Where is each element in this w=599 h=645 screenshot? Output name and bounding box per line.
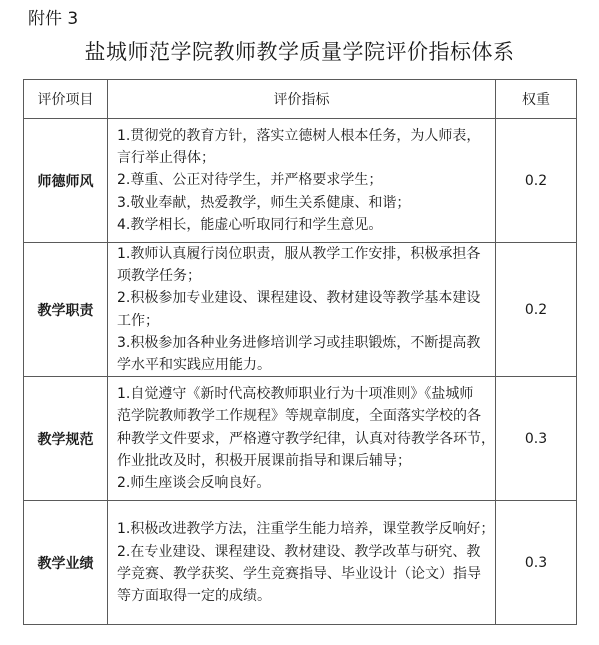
criteria-cell: 1.教师认真履行岗位职责，服从教学工作安排，积极承担各 项教学任务； 2.积极参… xyxy=(108,243,496,377)
header-criteria: 评价指标 xyxy=(108,80,496,119)
criteria-line: 言行举止得体； xyxy=(117,147,487,169)
criteria-cell: 1.贯彻党的教育方针，落实立德树人根本任务，为人师表， 言行举止得体； 2.尊重… xyxy=(108,119,496,243)
criteria-line: 2.尊重、公正对待学生，并严格要求学生； xyxy=(117,169,487,191)
criteria-cell: 1.自觉遵守《新时代高校教师职业行为十项准则》《盐城师 范学院教师教学工作规程》… xyxy=(108,377,496,501)
criteria-line: 2.积极参加专业建设、课程建设、教材建设等教学基本建设 xyxy=(117,287,487,309)
weight-cell: 0.3 xyxy=(496,377,577,501)
table-row: 教学规范 1.自觉遵守《新时代高校教师职业行为十项准则》《盐城师 范学院教师教学… xyxy=(24,377,577,501)
criteria-cell: 1.积极改进教学方法，注重学生能力培养，课堂教学反响好； 2.在专业建设、课程建… xyxy=(108,501,496,625)
attachment-label: 附件 3 xyxy=(28,8,78,30)
table-row: 教学业绩 1.积极改进教学方法，注重学生能力培养，课堂教学反响好； 2.在专业建… xyxy=(24,501,577,625)
table-header-row: 评价项目 评价指标 权重 xyxy=(24,80,577,119)
criteria-line: 种教学文件要求，严格遵守教学纪律，认真对待教学各环节， xyxy=(117,428,487,450)
item-cell: 教学规范 xyxy=(24,377,108,501)
criteria-line: 1.教师认真履行岗位职责，服从教学工作安排，积极承担各 xyxy=(117,243,487,265)
document-title: 盐城师范学院教师教学质量学院评价指标体系 xyxy=(0,38,599,66)
criteria-line: 范学院教师教学工作规程》等规章制度，全面落实学校的各 xyxy=(117,405,487,427)
weight-cell: 0.3 xyxy=(496,501,577,625)
criteria-line: 等方面取得一定的成绩。 xyxy=(117,585,487,607)
criteria-line: 项教学任务； xyxy=(117,265,487,287)
criteria-line: 工作； xyxy=(117,310,487,332)
item-cell: 教学职责 xyxy=(24,243,108,377)
criteria-line: 学水平和实践应用能力。 xyxy=(117,354,487,376)
evaluation-index-table: 评价项目 评价指标 权重 师德师风 1.贯彻党的教育方针，落实立德树人根本任务，… xyxy=(23,79,577,625)
weight-cell: 0.2 xyxy=(496,119,577,243)
table-row: 教学职责 1.教师认真履行岗位职责，服从教学工作安排，积极承担各 项教学任务； … xyxy=(24,243,577,377)
criteria-line: 1.自觉遵守《新时代高校教师职业行为十项准则》《盐城师 xyxy=(117,383,487,405)
criteria-line: 1.积极改进教学方法，注重学生能力培养，课堂教学反响好； xyxy=(117,518,487,540)
weight-cell: 0.2 xyxy=(496,243,577,377)
item-cell: 师德师风 xyxy=(24,119,108,243)
table-row: 师德师风 1.贯彻党的教育方针，落实立德树人根本任务，为人师表， 言行举止得体；… xyxy=(24,119,577,243)
criteria-line: 2.师生座谈会反响良好。 xyxy=(117,472,487,494)
header-item: 评价项目 xyxy=(24,80,108,119)
criteria-line: 4.教学相长，能虚心听取同行和学生意见。 xyxy=(117,214,487,236)
header-weight: 权重 xyxy=(496,80,577,119)
item-cell: 教学业绩 xyxy=(24,501,108,625)
criteria-line: 1.贯彻党的教育方针，落实立德树人根本任务，为人师表， xyxy=(117,125,487,147)
criteria-line: 学竞赛、教学获奖、学生竞赛指导、毕业设计（论文）指导 xyxy=(117,563,487,585)
criteria-line: 3.敬业奉献，热爱教学，师生关系健康、和谐； xyxy=(117,192,487,214)
criteria-line: 2.在专业建设、课程建设、教材建设、教学改革与研究、教 xyxy=(117,541,487,563)
criteria-line: 3.积极参加各种业务进修培训学习或挂职锻炼，不断提高教 xyxy=(117,332,487,354)
criteria-line: 作业批改及时，积极开展课前指导和课后辅导； xyxy=(117,450,487,472)
